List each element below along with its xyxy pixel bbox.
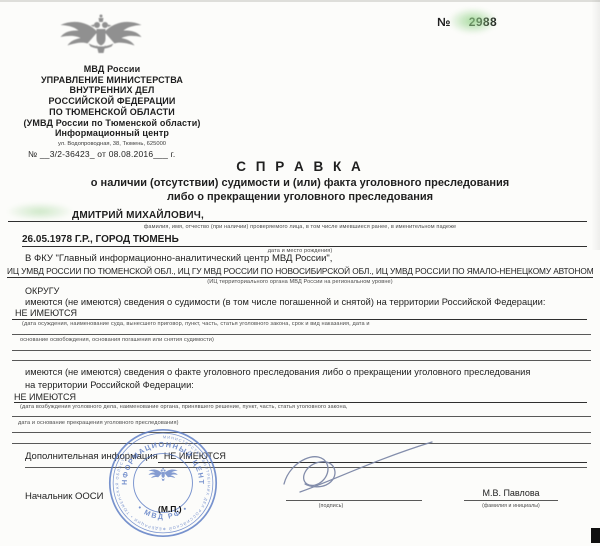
letterhead-line: ПО ТЮМЕНСКОЙ ОБЛАСТИ	[0, 107, 224, 118]
blank-line	[12, 432, 591, 433]
mvd-eagle-emblem-icon	[58, 12, 144, 60]
letterhead-line: УПРАВЛЕНИЕ МИНИСТЕРСТВА	[0, 75, 224, 86]
letterhead-line: МВД России	[0, 64, 224, 75]
page-title: С П Р А В К А	[0, 159, 600, 174]
prosecution-question-1: имеются (не имеются) сведения о факте уг…	[25, 367, 530, 377]
blank-line	[12, 334, 591, 335]
page-subtitle-1: о наличии (отсутствии) судимости и (или)…	[0, 177, 600, 189]
fku-line: В ФКУ "Главный информационно-аналитическ…	[25, 253, 332, 264]
stamp-eagle-icon	[149, 468, 178, 481]
letterhead-address: ул. Водопроводная, 38, Тюмень, 625000	[0, 141, 224, 147]
person-name-caption: фамилия, имя, отчество (при наличии) про…	[0, 224, 600, 230]
prosecution-question-2: на территории Российской Федерации:	[25, 380, 194, 390]
scan-edge-right	[591, 0, 600, 250]
signer-name: М.В. Павлова	[464, 488, 558, 498]
prosecution-caption-1: (дата возбуждения уголовного дела, наиме…	[20, 404, 348, 410]
conviction-answer: НЕ ИМЕЮТСЯ	[15, 308, 77, 318]
stamp-place-label: (М.П.)	[158, 504, 182, 514]
letterhead-line: (УМВД России по Тюменской области)	[0, 118, 224, 129]
person-birth-row: 26.05.1978 Г.Р., ГОРОД ТЮМЕНЬ	[22, 231, 587, 247]
letterhead-line: РОССИЙСКОЙ ФЕДЕРАЦИИ	[0, 96, 224, 107]
ref-number: № __3/2-36423_ от 08.08.2016___ г.	[28, 149, 175, 159]
conviction-caption-2: основание освобождения, основания погаше…	[20, 337, 214, 343]
org-continuation: ОКРУГУ	[25, 286, 59, 296]
signer-line	[464, 500, 558, 501]
page-subtitle-2: либо о прекращении уголовного преследова…	[0, 191, 600, 203]
round-stamp-icon: МИНИСТЕРСТВО ВНУТРЕННИХ ДЕЛ РОССИЙСКОЙ Ф…	[106, 426, 220, 540]
signer-caption: (фамилия и инициалы)	[462, 503, 560, 509]
prosecution-answer: НЕ ИМЕЮТСЯ	[14, 392, 76, 402]
letterhead-line: Информационный центр	[0, 128, 224, 139]
letterhead: МВД России УПРАВЛЕНИЕ МИНИСТЕРСТВА ВНУТР…	[0, 64, 224, 147]
conviction-answer-row: НЕ ИМЕЮТСЯ	[12, 306, 587, 320]
certificate-page: №2988 МВД России УПРАВЛЕНИЕ МИНИСТЕРСТВА…	[0, 0, 600, 546]
letterhead-line: ВНУТРЕННИХ ДЕЛ	[0, 85, 224, 96]
scan-edge-top	[0, 0, 600, 2]
org-caption: (ИЦ территориального органа МВД России н…	[0, 279, 600, 285]
org-line: ИЦ УМВД РОССИИ ПО ТЮМЕНСКОЙ ОБЛ., ИЦ ГУ …	[7, 266, 593, 276]
conviction-caption-1: (дата осуждения, наименование суда, выне…	[22, 321, 370, 327]
scan-corner-mark	[591, 528, 600, 543]
redaction-blob-number	[449, 8, 497, 34]
person-name: ДМИТРИЙ МИХАЙЛОВИЧ,	[72, 210, 204, 221]
org-row: ИЦ УМВД РОССИИ ПО ТЮМЕНСКОЙ ОБЛ., ИЦ ГУ …	[7, 264, 593, 278]
prosecution-answer-row: НЕ ИМЕЮТСЯ	[14, 390, 587, 403]
person-birth: 26.05.1978 Г.Р., ГОРОД ТЮМЕНЬ	[22, 234, 179, 245]
official-title: Начальник ООСИ	[25, 491, 103, 502]
blank-line	[12, 350, 591, 351]
person-name-row: ДМИТРИЙ МИХАЙЛОВИЧ,	[8, 204, 587, 222]
handwritten-signature-icon	[270, 436, 438, 506]
blank-line	[12, 360, 591, 361]
redaction-blob-surname	[8, 203, 72, 220]
blank-line	[12, 416, 591, 417]
